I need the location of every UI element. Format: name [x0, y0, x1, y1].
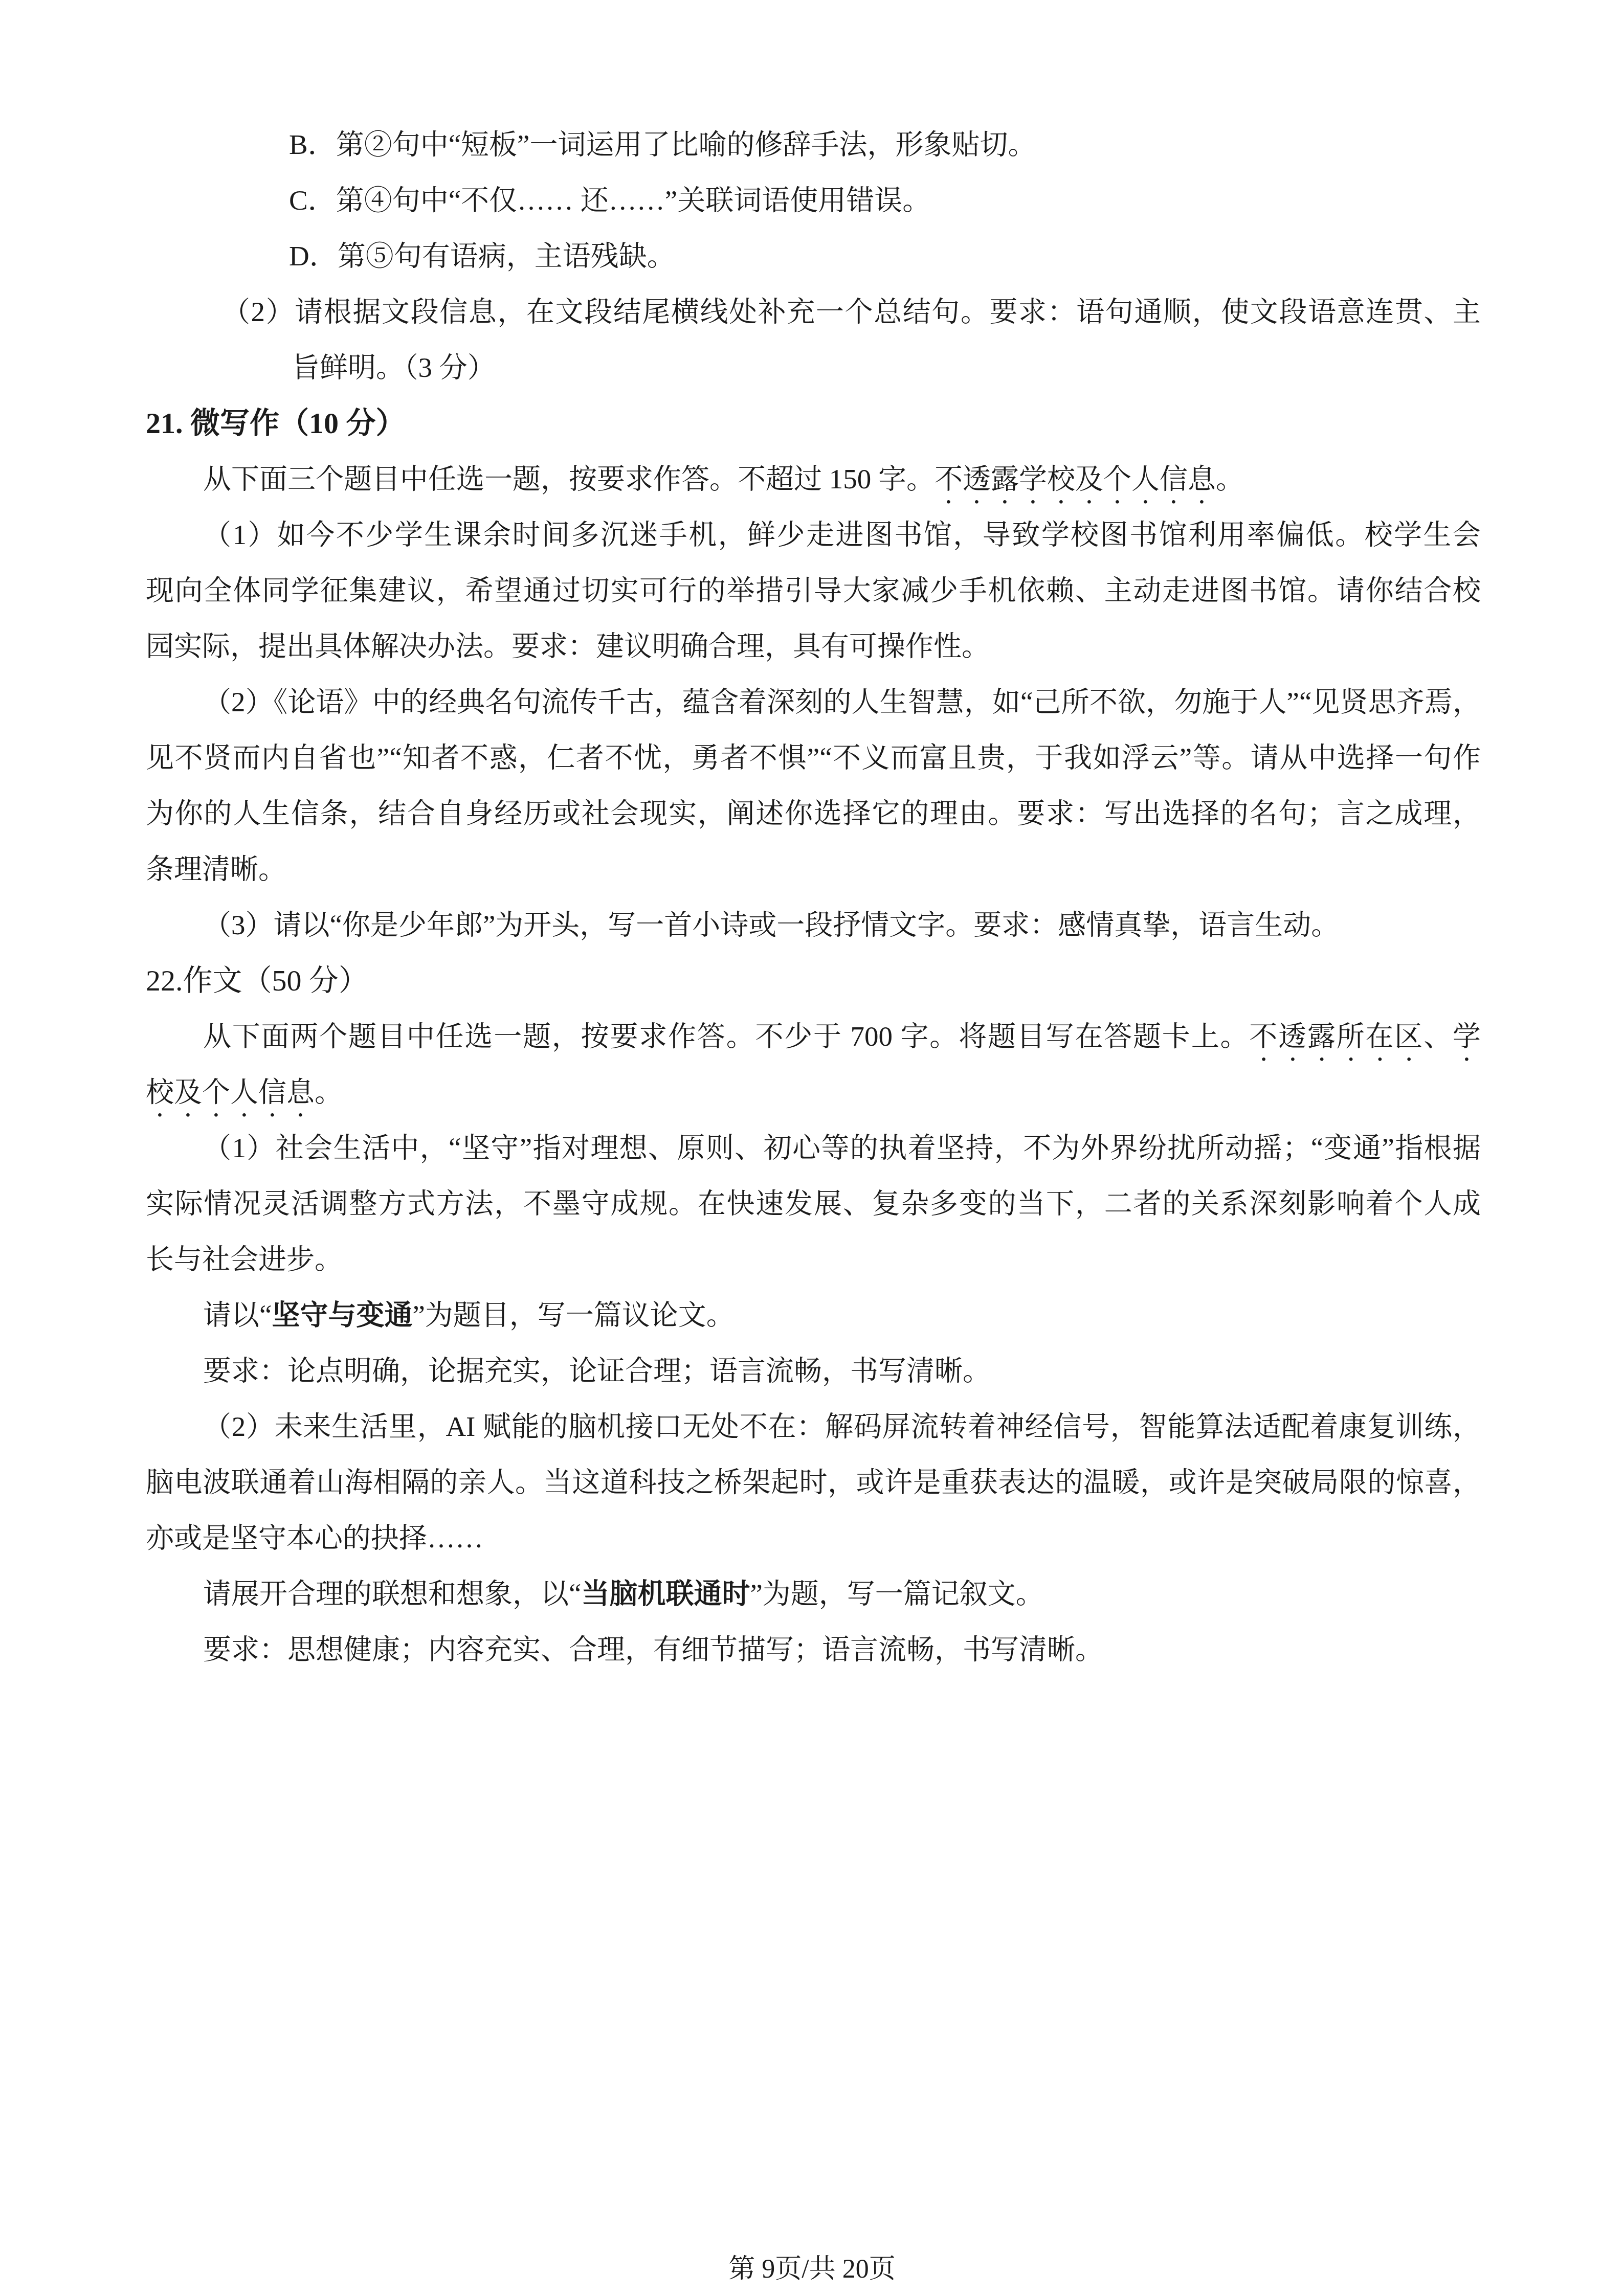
q22-topic1-title-line: 请以“坚守与变通”为题目，写一篇议论文。 — [146, 1287, 1481, 1343]
q21-topic2-line-3: 为你的人生信条，结合自身经历或社会现实，阐述你选择它的理由。要求：写出选择的名句… — [146, 785, 1481, 841]
q20-part2-text-2: 旨鲜明。（3 分） — [292, 352, 496, 383]
q22-intro-emphasized-1: 不透露所在区、学 — [1249, 1021, 1481, 1052]
q22-topic1-line-1: （1）社会生活中，“坚守”指对理想、原则、初心等的执着坚持，不为外界纷扰所动摇；… — [146, 1120, 1481, 1176]
q22-topic2-text-2: 脑电波联通着山海相隔的亲人。当这道科技之桥架起时，或许是重获表达的温暖，或许是突… — [146, 1467, 1481, 1498]
q21-topic2-line-4: 条理清晰。 — [146, 841, 1481, 897]
q22-topic1-require-line: 要求：论点明确，论据充实，论证合理；语言流畅，书写清晰。 — [146, 1343, 1481, 1399]
q22-topic2-title-pre: 请展开合理的联想和想象，以“ — [203, 1578, 581, 1609]
exam-paper-page: B．第②句中“短板”一词运用了比喻的修辞手法，形象贴切。 C．第④句中“不仅……… — [0, 0, 1624, 2296]
page-footer: 第 9页/共 20页 — [0, 2251, 1624, 2288]
q22-topic1-title-pre: 请以“ — [203, 1299, 272, 1331]
q22-intro-line-1: 从下面两个题目中任选一题，按要求作答。不少于 700 字。将题目写在答题卡上。不… — [146, 1008, 1481, 1064]
q21-topic3-line: （3）请以“你是少年郎”为开头，写一首小诗或一段抒情文字。要求：感情真挚，语言生… — [146, 897, 1481, 953]
q22-topic2-title-line: 请展开合理的联想和想象，以“当脑机联通时”为题，写一篇记叙文。 — [146, 1566, 1481, 1622]
q21-topic2-text-3: 为你的人生信条，结合自身经历或社会现实，阐述你选择它的理由。要求：写出选择的名句… — [146, 798, 1481, 829]
q22-intro-emphasized-2: 校及个人信息 — [146, 1076, 315, 1108]
q22-topic2-title: 当脑机联通时 — [581, 1578, 750, 1609]
q20-part2-line-1: （2）请根据文段信息，在文段结尾横线处补充一个总结句。要求：语句通顺，使文段语意… — [146, 284, 1481, 340]
q22-topic2-text-3: 亦或是坚守本心的抉择…… — [146, 1522, 483, 1554]
q22-topic1-title-post: ”为题目，写一篇议论文。 — [412, 1299, 734, 1331]
option-b-label: B． — [289, 129, 336, 160]
q21-topic1-line-1: （1）如今不少学生课余时间多沉迷手机，鲜少走进图书馆，导致学校图书馆利用率偏低。… — [146, 507, 1481, 562]
q21-intro-pre: 从下面三个题目中任选一题，按要求作答。不超过 150 字。 — [203, 463, 935, 494]
q22-topic2-line-1: （2）未来生活里，AI 赋能的脑机接口无处不在：解码屏流转着神经信号，智能算法适… — [146, 1399, 1481, 1454]
q22-topic1-line-3: 长与社会进步。 — [146, 1231, 1481, 1287]
q22-topic1-line-2: 实际情况灵活调整方式方法，不墨守成规。在快速发展、复杂多变的当下，二者的关系深刻… — [146, 1176, 1481, 1231]
q22-topic2-line-3: 亦或是坚守本心的抉择…… — [146, 1510, 1481, 1566]
q21-topic1-text-2: 现向全体同学征集建议，希望通过切实可行的举措引导大家减少手机依赖、主动走进图书馆… — [146, 575, 1481, 606]
q22-intro-line-2: 校及个人信息。 — [146, 1064, 1481, 1120]
q22-topic1-title: 坚守与变通 — [272, 1299, 412, 1331]
option-c-line: C．第④句中“不仅…… 还……”关联词语使用错误。 — [146, 172, 1481, 228]
q21-intro-emphasized: 不透露学校及个人信息 — [935, 463, 1216, 494]
option-d-line: D．第⑤句有语病，主语残缺。 — [146, 228, 1481, 284]
q20-part2-text-1: 请根据文段信息，在文段结尾横线处补充一个总结句。要求：语句通顺，使文段语意连贯、… — [295, 296, 1481, 327]
q21-heading: 21. 微写作（10 分） — [146, 395, 1481, 451]
option-b-text: 第②句中“短板”一词运用了比喻的修辞手法，形象贴切。 — [336, 129, 1036, 160]
q22-topic1-require-text: 要求：论点明确，论据充实，论证合理；语言流畅，书写清晰。 — [203, 1355, 991, 1386]
q21-topic1-text-1: （1）如今不少学生课余时间多沉迷手机，鲜少走进图书馆，导致学校图书馆利用率偏低。… — [203, 519, 1481, 550]
option-d-label: D． — [289, 240, 338, 272]
option-c-text: 第④句中“不仅…… 还……”关联词语使用错误。 — [336, 185, 931, 216]
q21-intro-post: 。 — [1216, 463, 1244, 494]
q22-intro-pre: 从下面两个题目中任选一题，按要求作答。不少于 700 字。将题目写在答题卡上。 — [203, 1021, 1249, 1052]
q21-topic1-line-3: 园实际，提出具体解决办法。要求：建议明确合理，具有可操作性。 — [146, 618, 1481, 674]
q21-topic1-text-3: 园实际，提出具体解决办法。要求：建议明确合理，具有可操作性。 — [146, 631, 990, 662]
option-b-line: B．第②句中“短板”一词运用了比喻的修辞手法，形象贴切。 — [146, 117, 1481, 172]
q21-intro-line: 从下面三个题目中任选一题，按要求作答。不超过 150 字。不透露学校及个人信息。 — [146, 451, 1481, 507]
option-c-label: C． — [289, 185, 336, 216]
q20-part2-marker: （2） — [222, 296, 295, 327]
page-number-indicator: 第 9页/共 20页 — [728, 2255, 895, 2284]
q21-topic2-line-2: 见不贤而内自省也”“知者不惑，仁者不忧，勇者不惧”“不义而富且贵，于我如浮云”等… — [146, 730, 1481, 785]
q21-topic2-text-4: 条理清晰。 — [146, 853, 286, 885]
option-d-text: 第⑤句有语病，主语残缺。 — [338, 240, 675, 272]
q22-topic2-require-text: 要求：思想健康；内容充实、合理，有细节描写；语言流畅，书写清晰。 — [203, 1634, 1103, 1665]
q22-topic2-text-1: （2）未来生活里，AI 赋能的脑机接口无处不在：解码屏流转着神经信号，智能算法适… — [203, 1411, 1481, 1442]
q22-topic2-line-2: 脑电波联通着山海相隔的亲人。当这道科技之桥架起时，或许是重获表达的温暖，或许是突… — [146, 1454, 1481, 1510]
q22-heading: 22.作文（50 分） — [146, 953, 1481, 1008]
q22-topic1-text-3: 长与社会进步。 — [146, 1244, 343, 1275]
q21-topic2-line-1: （2）《论语》中的经典名句流传千古，蕴含着深刻的人生智慧，如“己所不欲，勿施于人… — [146, 674, 1481, 730]
q21-topic1-line-2: 现向全体同学征集建议，希望通过切实可行的举措引导大家减少手机依赖、主动走进图书馆… — [146, 562, 1481, 618]
q21-topic2-text-2: 见不贤而内自省也”“知者不惑，仁者不忧，勇者不惧”“不义而富且贵，于我如浮云”等… — [146, 742, 1481, 773]
q21-topic2-text-1: （2）《论语》中的经典名句流传千古，蕴含着深刻的人生智慧，如“己所不欲，勿施于人… — [203, 686, 1481, 717]
q21-heading-text: 21. 微写作（10 分） — [146, 407, 406, 440]
exam-content: B．第②句中“短板”一词运用了比喻的修辞手法，形象贴切。 C．第④句中“不仅……… — [146, 117, 1481, 1677]
q21-topic3-text: （3）请以“你是少年郎”为开头，写一首小诗或一段抒情文字。要求：感情真挚，语言生… — [203, 909, 1339, 940]
q22-topic2-require-line: 要求：思想健康；内容充实、合理，有细节描写；语言流畅，书写清晰。 — [146, 1622, 1481, 1677]
q22-topic1-text-2: 实际情况灵活调整方式方法，不墨守成规。在快速发展、复杂多变的当下，二者的关系深刻… — [146, 1188, 1481, 1219]
q22-topic2-title-post: ”为题，写一篇记叙文。 — [750, 1578, 1043, 1609]
q22-intro-post: 。 — [315, 1076, 343, 1108]
q22-heading-text: 22.作文（50 分） — [146, 964, 368, 997]
q20-part2-line-2: 旨鲜明。（3 分） — [146, 340, 1481, 395]
q22-topic1-text-1: （1）社会生活中，“坚守”指对理想、原则、初心等的执着坚持，不为外界纷扰所动摇；… — [203, 1132, 1481, 1163]
